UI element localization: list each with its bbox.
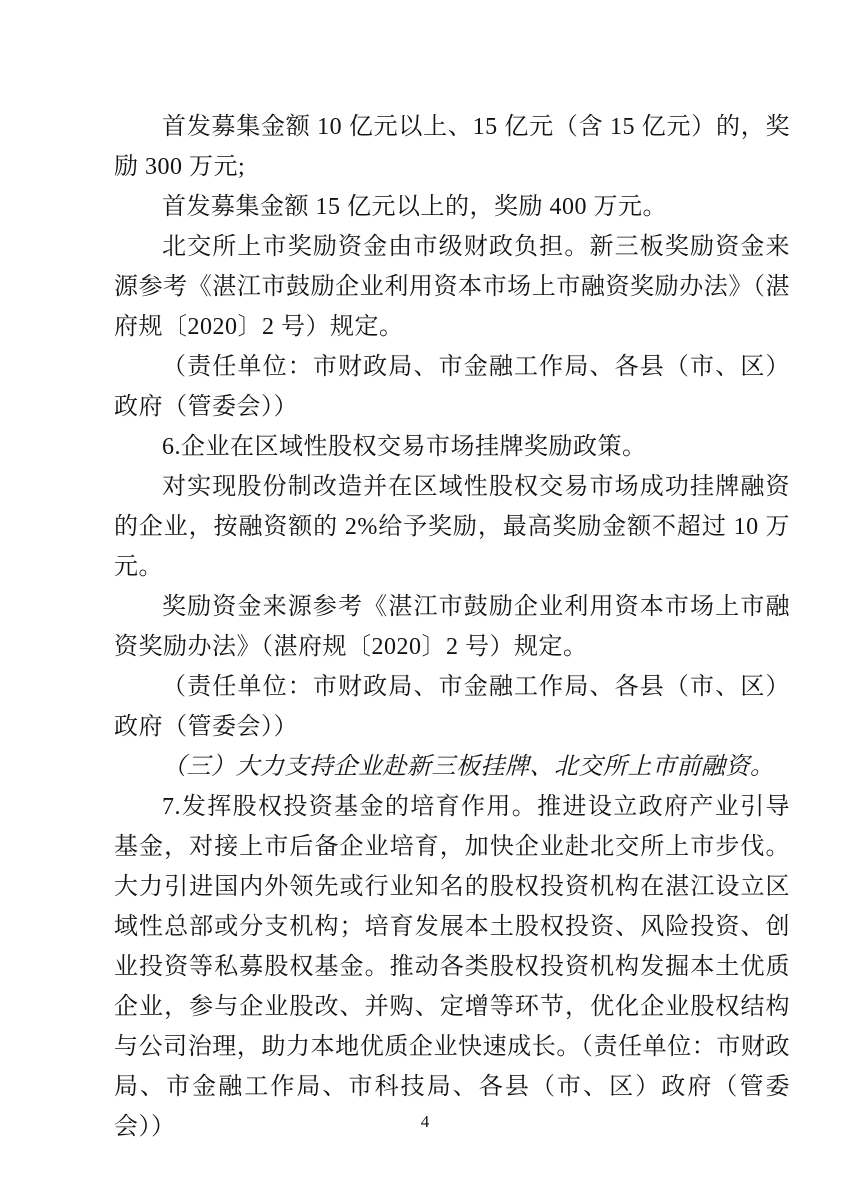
paragraph-responsible-units-1: （责任单位：市财政局、市金融工作局、各县（市、区）政府（管委会）） <box>114 347 790 427</box>
paragraph-responsible-units-2: （责任单位：市财政局、市金融工作局、各县（市、区）政府（管委会）） <box>114 667 790 747</box>
paragraph-award-15plus: 首发募集金额 15 亿元以上的，奖励 400 万元。 <box>114 187 790 227</box>
page-number: 4 <box>0 1112 850 1132</box>
document-body: 首发募集金额 10 亿元以上、15 亿元（含 15 亿元）的，奖励 300 万元… <box>114 107 790 1147</box>
document-page: 首发募集金额 10 亿元以上、15 亿元（含 15 亿元）的，奖励 300 万元… <box>0 0 850 1202</box>
paragraph-regional-equity-award: 对实现股份制改造并在区域性股权交易市场成功挂牌融资的企业，按融资额的 2%给予奖… <box>114 467 790 587</box>
paragraph-award-10-15: 首发募集金额 10 亿元以上、15 亿元（含 15 亿元）的，奖励 300 万元… <box>114 107 790 187</box>
paragraph-funding-source-regional: 奖励资金来源参考《湛江市鼓励企业利用资本市场上市融资奖励办法》（湛府规〔2020… <box>114 587 790 667</box>
paragraph-item-7: 7.发挥股权投资基金的培育作用。推进设立政府产业引导基金，对接上市后备企业培育，… <box>114 787 790 1147</box>
item-body-7: 推进设立政府产业引导基金，对接上市后备企业培育，加快企业赴北交所上市步伐。大力引… <box>114 794 790 1140</box>
paragraph-funding-source-bse: 北交所上市奖励资金由市级财政负担。新三板奖励资金来源参考《湛江市鼓励企业利用资本… <box>114 227 790 347</box>
item-title-6: 6.企业在区域性股权交易市场挂牌奖励政策。 <box>114 427 790 467</box>
item-title-7: 7.发挥股权投资基金的培育作用。 <box>162 794 537 820</box>
section-heading-3: （三）大力支持企业赴新三板挂牌、北交所上市前融资。 <box>114 747 790 787</box>
